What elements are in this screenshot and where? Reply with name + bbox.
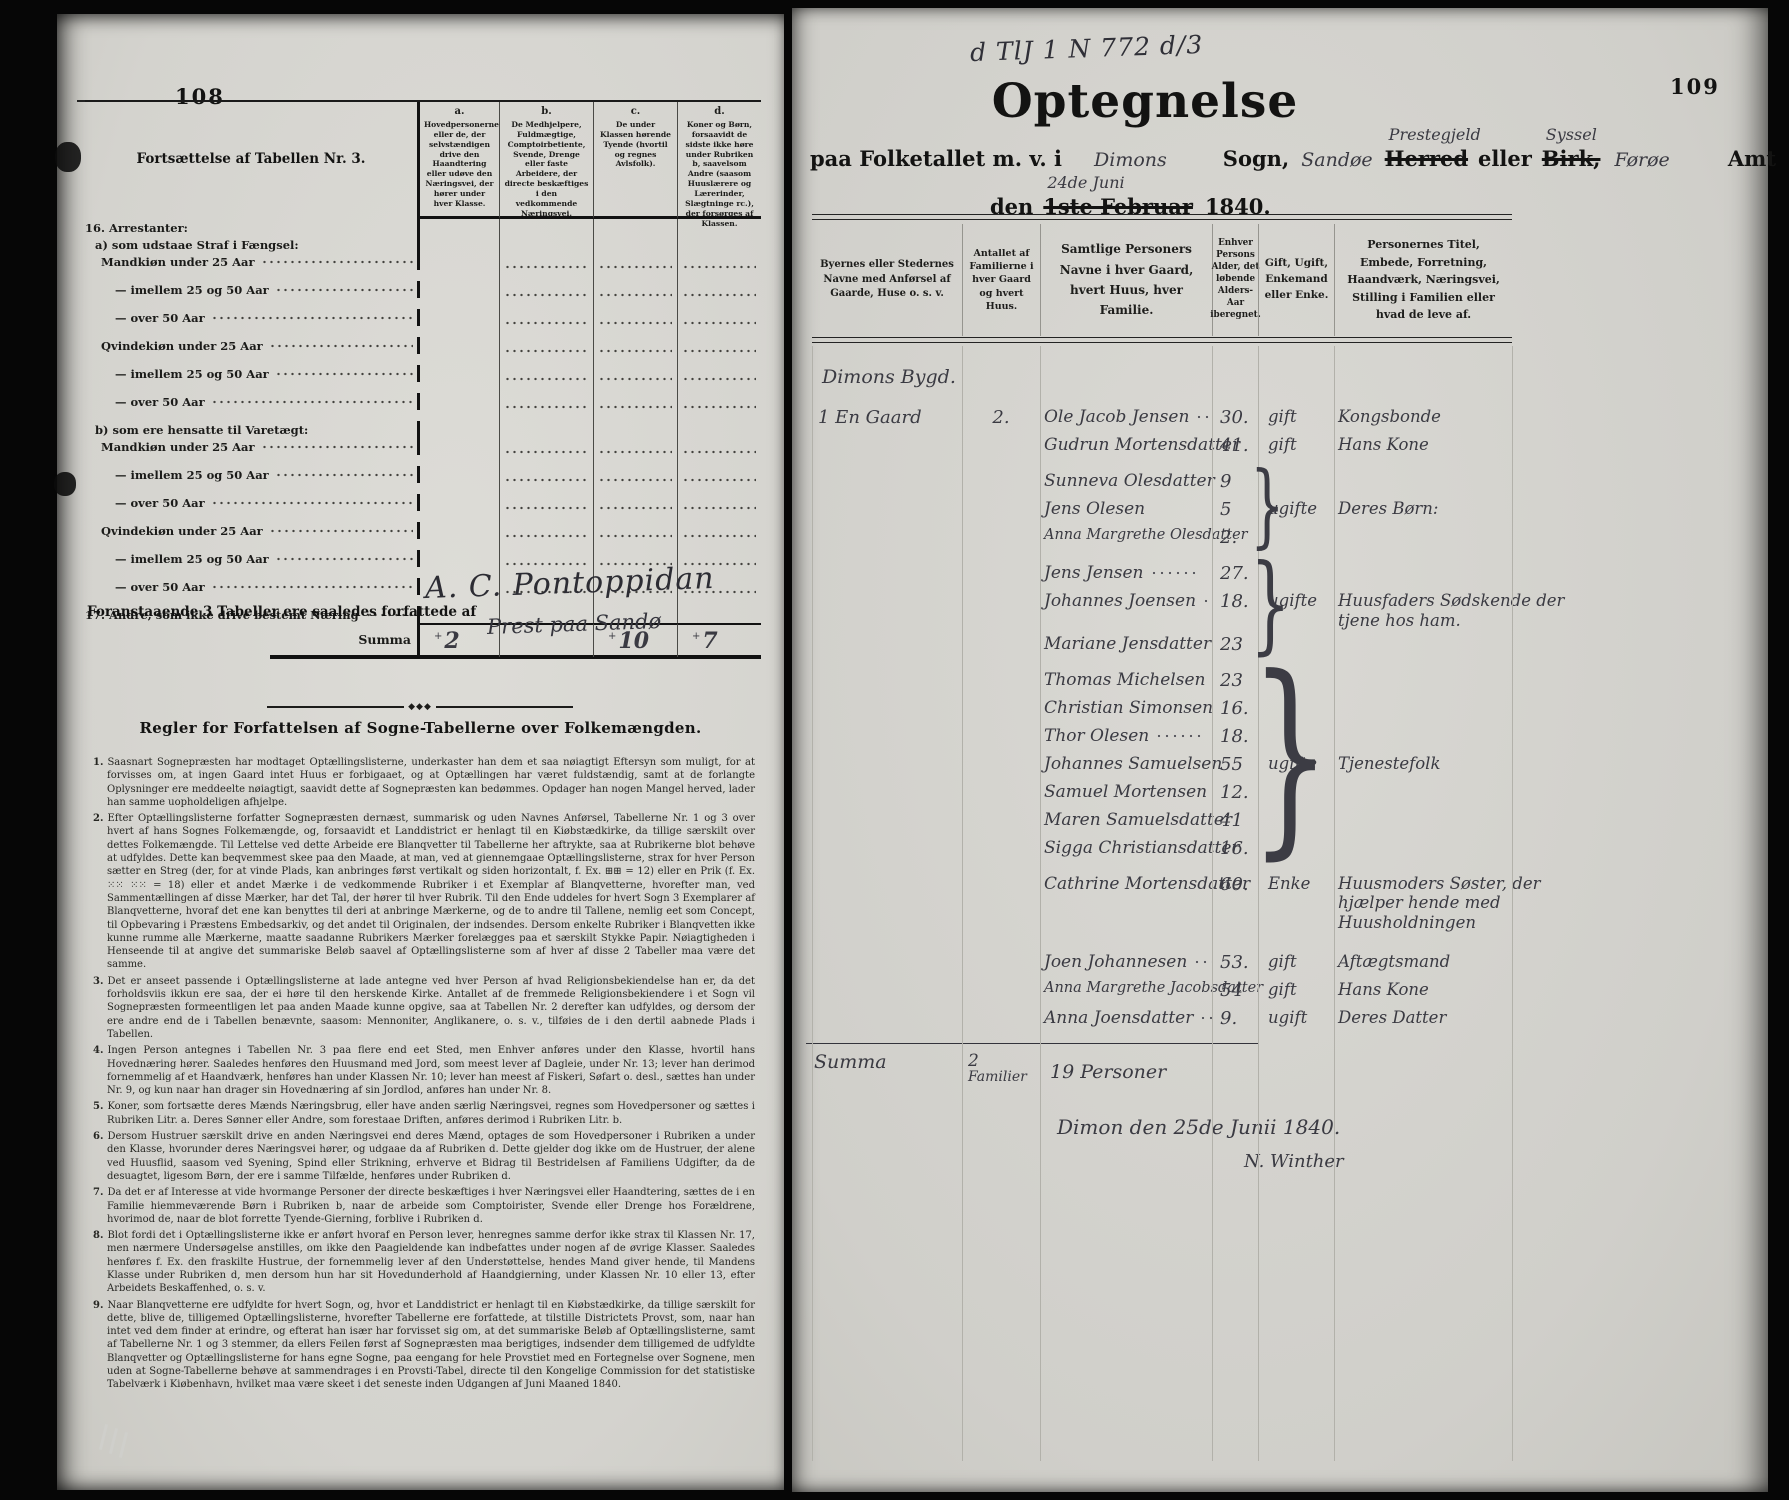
ink-smudge xyxy=(55,142,81,172)
tally-column-header: c.De under Klassen hørende Tyende (hvort… xyxy=(593,102,677,219)
occupation-cell xyxy=(1334,667,1512,670)
tally-row-text: — imellem 25 og 50 Aar xyxy=(115,367,269,381)
census-person-row: Maren Samuelsdatter41 xyxy=(812,807,1512,835)
rule-text: Koner, som fortsætte deres Mænds Nærings… xyxy=(107,1101,755,1125)
occupation-text: Hans Kone xyxy=(1334,435,1570,455)
right-page-number: 109 xyxy=(1670,74,1720,99)
tally-row-text: Qvindekiøn under 25 Aar xyxy=(101,339,263,353)
right-page: d TlJ 1 N 772 d/3 109 Optegnelse paa Fol… xyxy=(792,8,1768,1492)
census-column-header: Byernes eller Stedernes Navne med Anførs… xyxy=(812,224,962,336)
tally-cell xyxy=(677,466,761,494)
birk-struck-label: Birk, xyxy=(1542,146,1601,171)
tally-cell xyxy=(417,466,499,483)
occupation-cell xyxy=(1334,524,1512,527)
tally-row: 16. Arrestanter: xyxy=(85,219,761,236)
rule-text: Da det er af Interesse at vide hvormange… xyxy=(107,1187,755,1225)
place-cell xyxy=(812,949,962,952)
tally-row-label: — over 50 Aar xyxy=(85,393,417,410)
tally-row-text: — imellem 25 og 50 Aar xyxy=(115,552,269,566)
tick-mark: + xyxy=(692,631,700,642)
census-person-row: Johannes Joensen18.ugifteHuusfaders Søds… xyxy=(812,588,1512,631)
tally-row-label: Mandkiøn under 25 Aar xyxy=(85,253,417,270)
dot-leader xyxy=(273,281,413,298)
age-cell: 30. xyxy=(1212,404,1258,428)
tally-cell xyxy=(417,522,499,539)
column-line xyxy=(1512,346,1513,1461)
birk-correction: Syssel Birk, xyxy=(1542,146,1601,171)
rule-number: 8. xyxy=(93,1230,107,1241)
herred-struck-label: Herred xyxy=(1385,146,1468,171)
scanned-census-document: 108 Fortsættelse af Tabellen Nr. 3. a.Ho… xyxy=(0,0,1789,1500)
tally-row: — imellem 25 og 50 Aar xyxy=(85,281,761,309)
tally-cell xyxy=(499,309,593,337)
tally-table-caption: Fortsættelse af Tabellen Nr. 3. xyxy=(85,102,417,216)
tick-mark: + xyxy=(434,631,442,642)
place-cell xyxy=(812,524,962,527)
tally-row: Qvindekiøn under 25 Aar xyxy=(85,337,761,365)
age-group-brace: } xyxy=(1250,468,1266,552)
name-cell: Sunneva Olesdatter xyxy=(1040,468,1212,491)
persons-total: 19 Personer xyxy=(1040,1058,1512,1085)
tally-row-text: — imellem 25 og 50 Aar xyxy=(115,283,269,297)
tally-cell xyxy=(499,219,593,236)
archival-annotation: d TlJ 1 N 772 d/3 xyxy=(970,30,1204,67)
occupation-cell xyxy=(1334,835,1512,838)
dot-leader xyxy=(1193,956,1212,968)
name-cell: Jens Jensen xyxy=(1040,560,1212,583)
census-person-row: Anna Joensdatter9.ugiftDeres Datter xyxy=(812,1005,1512,1033)
tally-cell xyxy=(417,219,499,236)
census-table-header: Byernes eller Stedernes Navne med Anførs… xyxy=(812,224,1512,336)
ink-smudge xyxy=(54,472,76,496)
tally-row-label: b) som ere hensatte til Varetægt: xyxy=(85,421,417,438)
age-group-brace: } xyxy=(1250,667,1266,863)
tally-cell xyxy=(499,421,593,438)
census-person-row: Anna Margrethe Jacobsdatter54giftHans Ko… xyxy=(812,977,1512,1005)
families-word: Familier xyxy=(968,1069,1027,1085)
prestegjeld-handwritten: Prestegjeld xyxy=(1389,125,1481,144)
tally-row-text: — over 50 Aar xyxy=(115,395,205,409)
syssel-handwritten: Syssel xyxy=(1546,125,1597,144)
occupation-text: Kongsbonde xyxy=(1334,407,1570,427)
dot-leader xyxy=(259,253,413,270)
column-description: Hovedpersonerne eller de, der selvstændi… xyxy=(424,120,499,208)
tally-cell xyxy=(677,236,761,253)
census-person-row: Joen Johannesen53.giftAftægtsmand xyxy=(812,949,1512,977)
occupation-text: Tjenestefolk xyxy=(1334,754,1570,774)
rule-text: Ingen Person antegnes i Tabellen Nr. 3 p… xyxy=(107,1045,755,1096)
divider-line-right xyxy=(436,706,573,708)
rule-item: 7.Da det er af Interesse at vide hvorman… xyxy=(93,1186,755,1226)
occupation-cell: Hans Kone xyxy=(1334,977,1512,1000)
families-cell xyxy=(962,807,1040,810)
tally-cell xyxy=(593,281,677,309)
families-cell: 2. xyxy=(962,404,1040,428)
rule-item: 6.Dersom Hustruer særskilt drive en ande… xyxy=(93,1130,755,1183)
occupation-cell: Huusmoders Søster, der hjælper hende med… xyxy=(1334,871,1512,933)
occupation-text: Huusfaders Sødskende der tjene hos ham. xyxy=(1334,591,1570,631)
tally-cell xyxy=(593,466,677,494)
families-cell xyxy=(962,949,1040,952)
tally-cell xyxy=(677,309,761,337)
tally-cell xyxy=(499,393,593,421)
tally-row: — over 50 Aar xyxy=(85,494,761,522)
census-column-header: Antallet af Familierne i hver Gaard og h… xyxy=(962,224,1040,336)
tally-row: — imellem 25 og 50 Aar xyxy=(85,466,761,494)
rule-number: 1. xyxy=(93,757,107,768)
place-cell xyxy=(812,588,962,591)
tally-cell xyxy=(417,236,499,253)
families-total: 2 Familier xyxy=(962,1048,1040,1085)
person-name: Anna Joensdatter xyxy=(1044,1008,1193,1028)
column-description: De under Klassen hørende Tyende (hvortil… xyxy=(600,120,671,168)
rule-number: 3. xyxy=(93,976,107,987)
name-cell: Jens Olesen xyxy=(1040,496,1212,519)
person-name: Samuel Mortensen xyxy=(1044,782,1207,802)
rule-number: 6. xyxy=(93,1131,107,1142)
amt-label: Amt xyxy=(1728,146,1776,171)
tally-row: Mandkiøn under 25 Aar xyxy=(85,253,761,281)
census-person-row: Jens Olesen5ugifteDeres Børn: xyxy=(812,496,1512,524)
census-person-row: Thomas Michelsen23 xyxy=(812,667,1512,695)
name-cell: Sigga Christiansdatter xyxy=(1040,835,1212,858)
divider-line-left xyxy=(267,706,404,708)
tally-row: — over 50 Aar xyxy=(85,393,761,421)
rule-number: 2. xyxy=(93,813,107,824)
tally-row-label: Qvindekiøn under 25 Aar xyxy=(85,522,417,539)
dot-leader xyxy=(259,438,413,455)
rule-number: 5. xyxy=(93,1101,107,1112)
tally-row-text: — over 50 Aar xyxy=(115,311,205,325)
families-cell xyxy=(962,751,1040,754)
column-line xyxy=(1334,346,1335,1461)
intro-text: paa Folketallet m. v. i xyxy=(810,146,1062,171)
divider-ornament: ◆◆◆ xyxy=(267,702,573,712)
census-person-row: Gudrun Mortensdatter41.giftHans Kone xyxy=(812,432,1512,460)
place-cell xyxy=(812,835,962,838)
name-cell: Anna Margrethe Olesdatter xyxy=(1040,524,1212,543)
rule-number: 9. xyxy=(93,1300,107,1311)
tally-row-label: 16. Arrestanter: xyxy=(85,219,417,236)
rule-item: 9.Naar Blanqvetterne ere udfyldte for hv… xyxy=(93,1299,755,1392)
dot-leader xyxy=(209,393,413,410)
tally-row-label: — over 50 Aar xyxy=(85,309,417,326)
census-person-row: 1 En Gaard2.Ole Jacob Jensen30.giftKongs… xyxy=(812,404,1512,432)
place-cell xyxy=(812,871,962,874)
census-summa-row: Summa 2 Familier 19 Personer xyxy=(812,1048,1512,1085)
tally-row-text: Mandkiøn under 25 Aar xyxy=(101,255,255,269)
name-cell: Joen Johannesen xyxy=(1040,949,1212,972)
parish-name-handwritten: Dimons xyxy=(1094,149,1167,171)
column-letter: b. xyxy=(504,105,589,118)
census-person-row: Sigga Christiansdatter16. xyxy=(812,835,1512,863)
rule-item: 2.Efter Optællingslisterne forfatter Sog… xyxy=(93,812,755,972)
place-cell xyxy=(812,807,962,810)
occupation-cell: Deres Datter xyxy=(1334,1005,1512,1028)
column-line xyxy=(812,346,813,1461)
tally-cell xyxy=(677,421,761,438)
tally-cell xyxy=(593,522,677,550)
families-cell xyxy=(962,496,1040,499)
place-cell xyxy=(812,751,962,754)
census-person-row: Christian Simonsen16. xyxy=(812,695,1512,723)
tally-cell xyxy=(417,309,499,326)
tally-row-label: — imellem 25 og 50 Aar xyxy=(85,550,417,567)
place-cell xyxy=(812,779,962,782)
column-letter: d. xyxy=(682,105,757,118)
families-cell xyxy=(962,695,1040,698)
families-cell xyxy=(962,1005,1040,1008)
tally-row-text: — over 50 Aar xyxy=(115,580,205,594)
name-cell: Johannes Samuelsen xyxy=(1040,751,1212,774)
status-cell: gift xyxy=(1258,949,1334,971)
name-cell: Gudrun Mortensdatter xyxy=(1040,432,1212,455)
page-title: Optegnelse xyxy=(865,74,1425,129)
occupation-text: Deres Datter xyxy=(1334,1008,1570,1028)
tally-cell xyxy=(593,438,677,466)
families-cell xyxy=(962,631,1040,634)
dot-leader xyxy=(1155,730,1201,742)
tally-row-label: Qvindekiøn under 25 Aar xyxy=(85,337,417,354)
families-cell xyxy=(962,723,1040,726)
tally-cell xyxy=(593,337,677,365)
column-description: Koner og Børn, forsaavidt de sidste ikke… xyxy=(685,120,754,228)
dot-leader xyxy=(1199,1012,1212,1024)
place-cell xyxy=(812,631,962,634)
person-name: Joen Johannesen xyxy=(1044,952,1187,972)
person-name: Johannes Samuelsen xyxy=(1044,754,1222,774)
families-cell xyxy=(962,871,1040,874)
column-letter: c. xyxy=(598,105,673,118)
tally-cell xyxy=(417,281,499,298)
tally-cell xyxy=(677,281,761,309)
column-letter: a. xyxy=(424,105,495,118)
place-cell xyxy=(812,977,962,980)
tally-cell xyxy=(417,438,499,455)
tally-column-header: b.De Medhjelpere, Fuldmægtige, Comptoirb… xyxy=(499,102,593,219)
name-cell: Anna Joensdatter xyxy=(1040,1005,1212,1028)
tally-row-text: b) som ere hensatte til Varetægt: xyxy=(95,423,308,437)
tally-cell xyxy=(593,219,677,236)
rule-text: Dersom Hustruer særskilt drive en anden … xyxy=(107,1131,755,1182)
rule-item: 8.Blot fordi det i Optællingslisterne ik… xyxy=(93,1229,755,1295)
tally-cell xyxy=(677,438,761,466)
occupation-cell: Huusfaders Sødskende der tjene hos ham. xyxy=(1334,588,1512,631)
census-person-row: Johannes Samuelsen55ugifteTjenestefolk xyxy=(812,751,1512,779)
name-cell: Thor Olesen xyxy=(1040,723,1212,746)
tally-row: — over 50 Aar xyxy=(85,309,761,337)
date-handwritten: 24de Juni xyxy=(1047,173,1124,192)
name-cell: Anna Margrethe Jacobsdatter xyxy=(1040,977,1212,996)
double-rule-bottom xyxy=(812,337,1512,343)
tally-row-text: Qvindekiøn under 25 Aar xyxy=(101,524,263,538)
amt-name-handwritten: Førøe xyxy=(1614,149,1669,171)
title-line-1: paa Folketallet m. v. i Dimons Sogn, San… xyxy=(810,146,1776,171)
occupation-cell: Deres Børn: xyxy=(1334,496,1512,519)
tally-cell xyxy=(417,494,499,511)
summa-word: Summa xyxy=(812,1048,962,1085)
tally-cell xyxy=(677,365,761,393)
occupation-cell xyxy=(1334,723,1512,726)
tally-cell xyxy=(417,421,499,438)
tally-cell xyxy=(593,253,677,281)
occupation-cell xyxy=(1334,468,1512,471)
families-cell xyxy=(962,667,1040,670)
place-cell: 1 En Gaard xyxy=(812,404,962,428)
census-person-row: Sunneva Olesdatter9 xyxy=(812,468,1512,496)
tally-row: Qvindekiøn under 25 Aar xyxy=(85,522,761,550)
tally-column-header: a.Hovedpersonerne eller de, der selvstæn… xyxy=(417,102,499,219)
place-cell xyxy=(812,560,962,563)
occupation-text: Hans Kone xyxy=(1334,980,1570,1000)
rules-heading: Regler for Forfattelsen af Sogne-Tabelle… xyxy=(57,719,784,737)
tally-cell xyxy=(499,281,593,309)
occupation-text: Deres Børn: xyxy=(1334,499,1570,519)
name-cell: Christian Simonsen xyxy=(1040,695,1212,718)
rule-item: 5.Koner, som fortsætte deres Mænds Nærin… xyxy=(93,1100,755,1127)
census-person-row: Thor Olesen18. xyxy=(812,723,1512,751)
tally-cell xyxy=(677,522,761,550)
tally-cell xyxy=(499,466,593,494)
census-column-header: Samtlige Personers Navne i hver Gaard, h… xyxy=(1040,224,1212,336)
tally-row-label: — imellem 25 og 50 Aar xyxy=(85,281,417,298)
dot-leader xyxy=(273,466,413,483)
tally-cell xyxy=(677,219,761,236)
rule-item: 3.Det er anseet passende i Optællingslis… xyxy=(93,975,755,1041)
dateline: Dimon den 25de Junii 1840. xyxy=(1057,1115,1512,1139)
place-cell xyxy=(812,1005,962,1008)
tally-cell xyxy=(593,393,677,421)
families-cell xyxy=(962,779,1040,782)
rule-item: 4.Ingen Person antegnes i Tabellen Nr. 3… xyxy=(93,1044,755,1097)
column-line xyxy=(962,346,963,1461)
name-cell: Cathrine Mortensdatter xyxy=(1040,871,1212,894)
dot-leader xyxy=(209,309,413,326)
person-name: Johannes Joensen xyxy=(1044,591,1196,611)
summa-value: 7 xyxy=(702,628,717,654)
occupation-cell: Tjenestefolk xyxy=(1334,751,1512,774)
person-name: Maren Samuelsdatter xyxy=(1044,810,1232,830)
dot-leader xyxy=(1202,595,1212,607)
person-name: Ole Jacob Jensen xyxy=(1044,407,1189,427)
tally-row-text: — imellem 25 og 50 Aar xyxy=(115,468,269,482)
summa-value: 2 xyxy=(444,628,459,654)
summa-rule xyxy=(806,1043,1258,1044)
occupation-cell xyxy=(1334,779,1512,782)
tally-row-text: Mandkiøn under 25 Aar xyxy=(101,440,255,454)
person-name: Jens Olesen xyxy=(1044,499,1145,519)
rules-list: 1.Saasnart Sognepræsten har modtaget Opt… xyxy=(93,756,755,1395)
tally-row-text: a) som udstaae Straf i Fængsel: xyxy=(95,238,299,252)
name-cell: Ole Jacob Jensen xyxy=(1040,404,1212,427)
age-cell: 54 xyxy=(1212,977,1258,1001)
families-cell xyxy=(962,468,1040,471)
place-cell xyxy=(812,667,962,670)
occupation-cell: Hans Kone xyxy=(1334,432,1512,455)
dot-leader xyxy=(273,365,413,382)
tally-row-text: 16. Arrestanter: xyxy=(85,221,188,235)
district-name-handwritten: Sandøe xyxy=(1301,149,1372,171)
tally-table-header: Fortsættelse af Tabellen Nr. 3. a.Hovedp… xyxy=(85,102,761,219)
tally-column-header: d.Koner og Børn, forsaavidt de sidste ik… xyxy=(677,102,761,219)
rule-text: Det er anseet passende i Optællingsliste… xyxy=(107,976,755,1040)
occupation-cell xyxy=(1334,560,1512,563)
tally-row-text: — over 50 Aar xyxy=(115,496,205,510)
tally-row-label: Mandkiøn under 25 Aar xyxy=(85,438,417,455)
left-page: 108 Fortsættelse af Tabellen Nr. 3. a.Ho… xyxy=(57,14,784,1490)
tally-row-label: — over 50 Aar xyxy=(85,494,417,511)
enumerator-signature: N. Winther xyxy=(1244,1151,1512,1172)
tally-row-label: — imellem 25 og 50 Aar xyxy=(85,466,417,483)
rule-text: Saasnart Sognepræsten har modtaget Optæl… xyxy=(107,757,755,808)
rule-text: Naar Blanqvetterne ere udfyldte for hver… xyxy=(107,1300,755,1391)
column-line xyxy=(1040,346,1041,1461)
rule-number: 4. xyxy=(93,1045,107,1056)
dot-leader xyxy=(267,337,413,354)
name-cell: Samuel Mortensen xyxy=(1040,779,1212,802)
tally-cell xyxy=(593,494,677,522)
tally-cell xyxy=(499,236,593,253)
tally-row: — imellem 25 og 50 Aar xyxy=(85,365,761,393)
age-cell: 9. xyxy=(1212,1005,1258,1029)
person-name: Jens Jensen xyxy=(1044,563,1144,583)
census-person-row: Cathrine Mortensdatter60.EnkeHuusmoders … xyxy=(812,871,1512,933)
column-description: De Medhjelpere, Fuldmægtige, Comptoirbet… xyxy=(505,120,589,218)
census-person-row: Jens Jensen27. xyxy=(812,560,1512,588)
tally-cell xyxy=(417,253,499,270)
age-cell: 53. xyxy=(1212,949,1258,973)
occupation-text: Aftægtsmand xyxy=(1334,952,1570,972)
name-cell: Maren Samuelsdatter xyxy=(1040,807,1212,830)
name-cell: Johannes Joensen xyxy=(1040,588,1212,611)
rule-text: Efter Optællingslisterne forfatter Sogne… xyxy=(107,813,755,970)
tally-cell xyxy=(499,253,593,281)
dot-leader xyxy=(209,578,413,595)
person-name: Thor Olesen xyxy=(1044,726,1149,746)
rule-number: 7. xyxy=(93,1187,107,1198)
families-cell xyxy=(962,560,1040,563)
tally-cell xyxy=(593,309,677,337)
census-person-row: Anna Margrethe Olesdatter2. xyxy=(812,524,1512,552)
families-cell xyxy=(962,977,1040,980)
families-cell xyxy=(962,432,1040,435)
tally-row: a) som udstaae Straf i Fængsel: xyxy=(85,236,761,253)
census-person-row: Samuel Mortensen12. xyxy=(812,779,1512,807)
place-cell xyxy=(812,432,962,435)
tally-cell xyxy=(677,494,761,522)
tally-row-label: — imellem 25 og 50 Aar xyxy=(85,365,417,382)
tally-cell xyxy=(417,337,499,354)
families-count: 2 xyxy=(968,1051,979,1071)
place-cell xyxy=(812,468,962,471)
families-cell xyxy=(962,524,1040,527)
tally-cell xyxy=(499,438,593,466)
person-name: Gudrun Mortensdatter xyxy=(1044,435,1240,455)
tally-cell xyxy=(499,522,593,550)
person-name: Mariane Jensdatter xyxy=(1044,634,1211,654)
place-cell xyxy=(812,496,962,499)
families-cell xyxy=(962,835,1040,838)
dot-leader xyxy=(273,550,413,567)
status-cell: ugift xyxy=(1258,1005,1334,1027)
summa-label-text: Summa xyxy=(358,632,411,647)
status-cell: gift xyxy=(1258,432,1334,454)
occupation-cell: Aftægtsmand xyxy=(1334,949,1512,972)
herred-correction: Prestegjeld Herred xyxy=(1385,146,1468,171)
tally-cell xyxy=(417,393,499,410)
person-name: Christian Simonsen xyxy=(1044,698,1213,718)
tally-cell xyxy=(677,253,761,281)
